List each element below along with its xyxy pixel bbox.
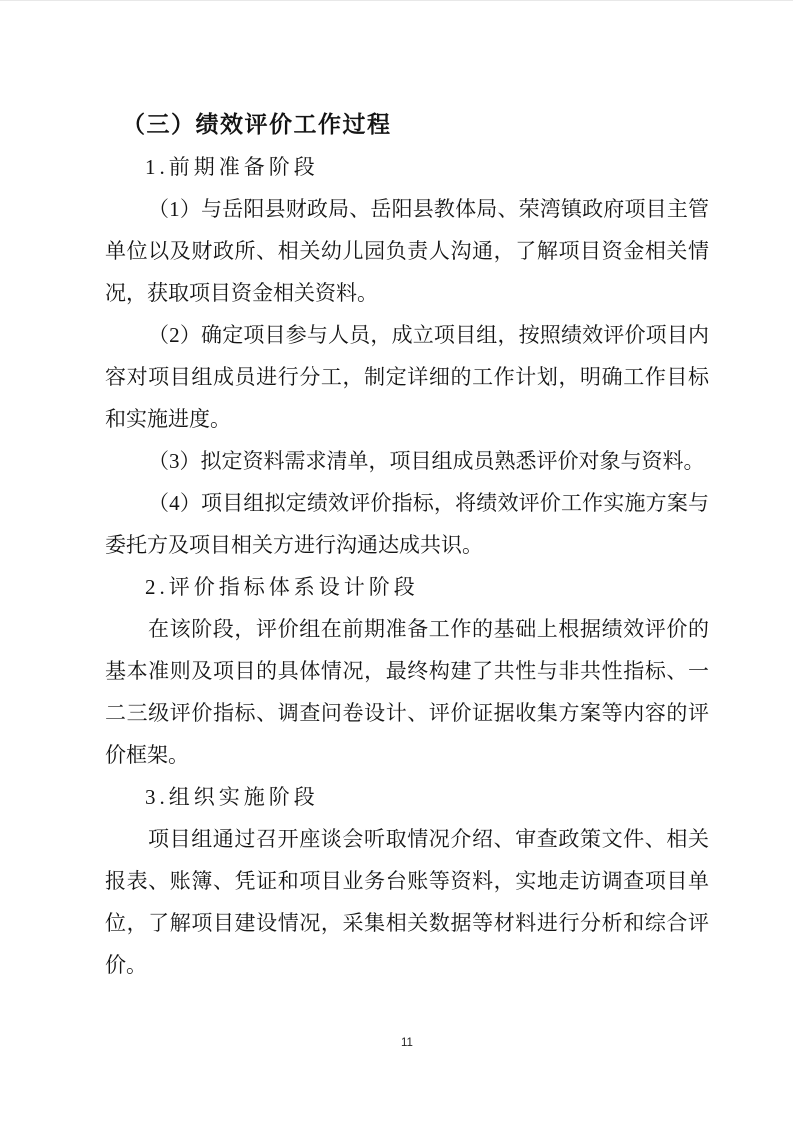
document-page: （三）绩效评价工作过程 1.前期准备阶段 （1）与岳阳县财政局、岳阳县教体局、荣… bbox=[0, 0, 793, 1122]
subheading-stage-3: 3.组织实施阶段 bbox=[105, 776, 709, 818]
paragraph-stage1-item2: （2）确定项目参与人员，成立项目组，按照绩效评价项目内容对项目组成员进行分工，制… bbox=[105, 314, 709, 440]
document-content: （三）绩效评价工作过程 1.前期准备阶段 （1）与岳阳县财政局、岳阳县教体局、荣… bbox=[105, 104, 709, 986]
page-number: 11 bbox=[105, 1035, 709, 1051]
subheading-stage-2: 2.评价指标体系设计阶段 bbox=[105, 566, 709, 608]
section-heading: （三）绩效评价工作过程 bbox=[105, 104, 709, 146]
subheading-stage-1: 1.前期准备阶段 bbox=[105, 146, 709, 188]
paragraph-stage3-body: 项目组通过召开座谈会听取情况介绍、审查政策文件、相关报表、账簿、凭证和项目业务台… bbox=[105, 818, 709, 986]
paragraph-stage1-item3: （3）拟定资料需求清单，项目组成员熟悉评价对象与资料。 bbox=[105, 440, 709, 482]
paragraph-stage2-body: 在该阶段，评价组在前期准备工作的基础上根据绩效评价的基本准则及项目的具体情况，最… bbox=[105, 608, 709, 776]
paragraph-stage1-item4: （4）项目组拟定绩效评价指标，将绩效评价工作实施方案与委托方及项目相关方进行沟通… bbox=[105, 482, 709, 566]
paragraph-stage1-item1: （1）与岳阳县财政局、岳阳县教体局、荣湾镇政府项目主管单位以及财政所、相关幼儿园… bbox=[105, 188, 709, 314]
